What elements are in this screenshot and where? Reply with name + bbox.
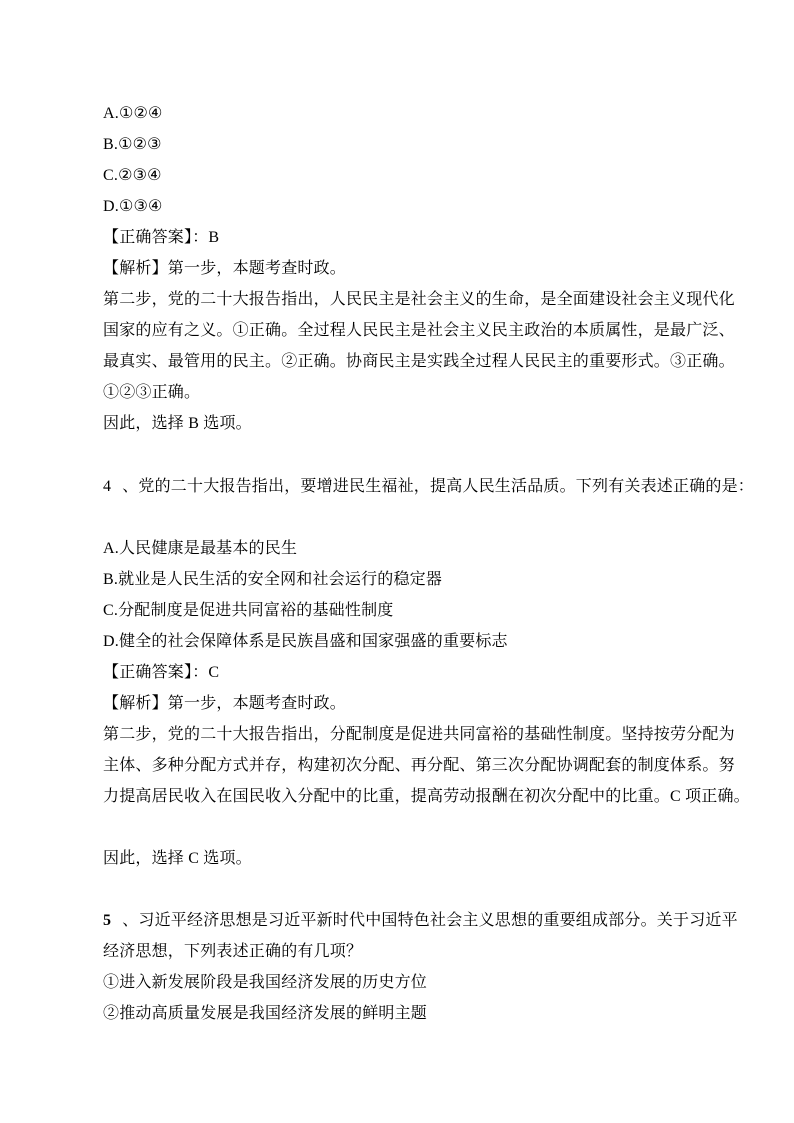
question-3-block: A.①②④ B.①②③ C.②③④ D.①③④ 【正确答案】：B 【解析】第一步… bbox=[103, 98, 698, 439]
question-stem-text: 、党的二十大报告指出，要增进民生福祉，提高人民生活品质。下列有关表述正确的是： bbox=[122, 478, 754, 495]
analysis-line: 国家的应有之义。①正确。全过程人民民主是社会主义民主政治的本质属性，是最广泛、 bbox=[103, 315, 698, 346]
analysis-line: 力提高居民收入在国民收入分配中的比重，提高劳动报酬在初次分配中的比重。C 项正确… bbox=[103, 781, 698, 812]
statement-line-1: ①进入新发展阶段是我国经济发展的历史方位 bbox=[103, 967, 698, 998]
blank-spacer bbox=[103, 874, 698, 905]
question-stem-text: 、习近平经济思想是习近平新时代中国特色社会主义思想的重要组成部分。关于习近平 bbox=[122, 912, 738, 929]
analysis-line: 最真实、最管用的民主。②正确。协商民主是实践全过程人民民主的重要形式。③正确。 bbox=[103, 346, 698, 377]
analysis-line: 第二步，党的二十大报告指出，分配制度是促进共同富裕的基础性制度。坚持按劳分配为 bbox=[103, 719, 698, 750]
conclusion-line: 因此，选择 C 选项。 bbox=[103, 843, 698, 874]
option-line-d: D.①③④ bbox=[103, 191, 698, 222]
option-line-c: C.分配制度是促进共同富裕的基础性制度 bbox=[103, 595, 698, 626]
question-5-block: 5、习近平经济思想是习近平新时代中国特色社会主义思想的重要组成部分。关于习近平 … bbox=[103, 905, 698, 1029]
answer-line: 【正确答案】：B bbox=[103, 222, 698, 253]
analysis-line: 【解析】第一步，本题考查时政。 bbox=[103, 688, 698, 719]
analysis-line: ①②③正确。 bbox=[103, 377, 698, 408]
option-line-a: A.人民健康是最基本的民生 bbox=[103, 533, 698, 564]
blank-spacer bbox=[103, 439, 698, 471]
blank-spacer bbox=[103, 502, 698, 533]
option-line-b: B.就业是人民生活的安全网和社会运行的稳定器 bbox=[103, 564, 698, 595]
answer-line: 【正确答案】：C bbox=[103, 657, 698, 688]
question-stem: 4、党的二十大报告指出，要增进民生福祉，提高人民生活品质。下列有关表述正确的是： bbox=[103, 471, 698, 502]
blank-spacer bbox=[103, 812, 698, 843]
analysis-line: 第二步，党的二十大报告指出，人民民主是社会主义的生命，是全面建设社会主义现代化 bbox=[103, 284, 698, 315]
question-number: 5 bbox=[103, 912, 122, 929]
option-line-a: A.①②④ bbox=[103, 98, 698, 129]
document-page: A.①②④ B.①②③ C.②③④ D.①③④ 【正确答案】：B 【解析】第一步… bbox=[0, 0, 794, 1123]
option-line-d: D.健全的社会保障体系是民族昌盛和国家强盛的重要标志 bbox=[103, 626, 698, 657]
option-line-c: C.②③④ bbox=[103, 160, 698, 191]
question-number: 4 bbox=[103, 478, 122, 495]
conclusion-line: 因此，选择 B 选项。 bbox=[103, 408, 698, 439]
option-line-b: B.①②③ bbox=[103, 129, 698, 160]
question-stem: 5、习近平经济思想是习近平新时代中国特色社会主义思想的重要组成部分。关于习近平 bbox=[103, 905, 698, 936]
statement-line-2: ②推动高质量发展是我国经济发展的鲜明主题 bbox=[103, 998, 698, 1029]
question-4-block: 4、党的二十大报告指出，要增进民生福祉，提高人民生活品质。下列有关表述正确的是：… bbox=[103, 471, 698, 874]
analysis-line: 主体、多种分配方式并存，构建初次分配、再分配、第三次分配协调配套的制度体系。努 bbox=[103, 750, 698, 781]
question-stem-continued: 经济思想，下列表述正确的有几项？ bbox=[103, 936, 698, 967]
analysis-line: 【解析】第一步，本题考查时政。 bbox=[103, 253, 698, 284]
